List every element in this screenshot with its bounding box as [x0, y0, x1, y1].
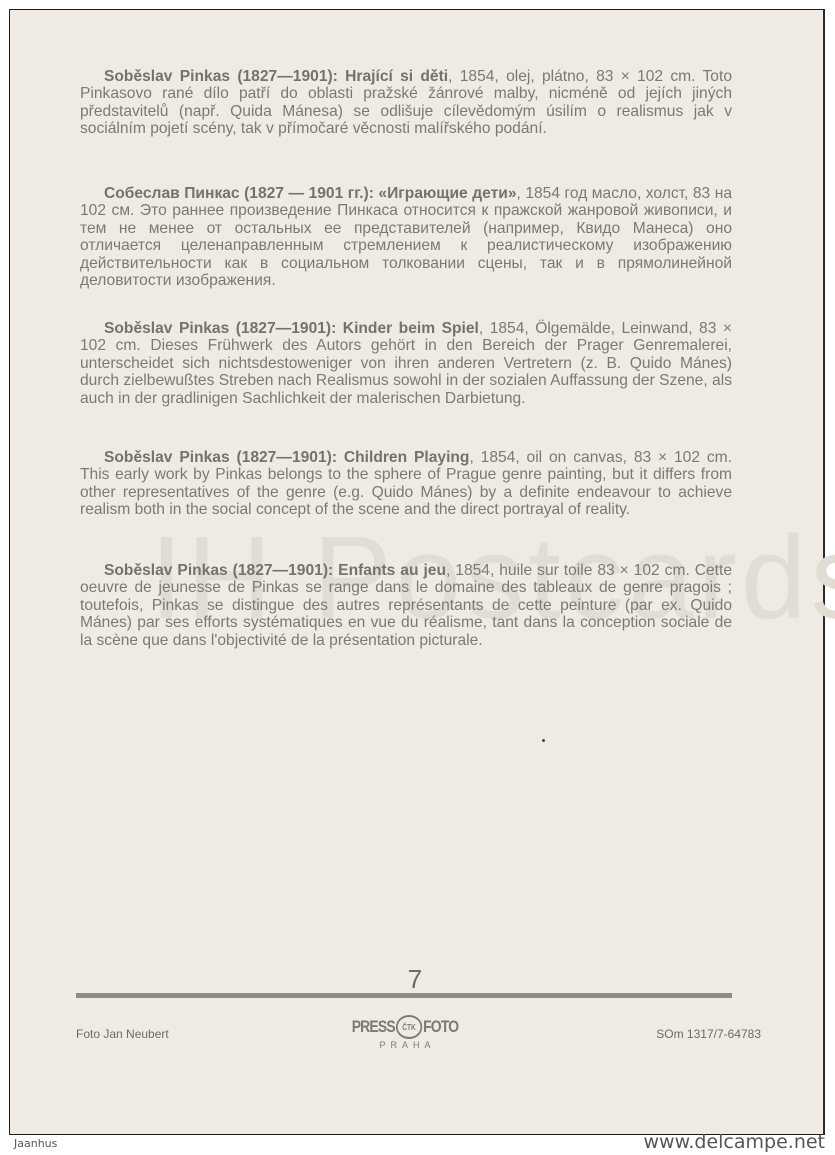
logo-wordmark: PRESS ČTK FOTO	[352, 1015, 459, 1039]
description-czech: Soběslav Pinkas (1827—1901): Hrající si …	[80, 68, 732, 138]
description-german: Soběslav Pinkas (1827—1901): Kinder beim…	[80, 320, 732, 407]
site-watermark: www.delcampe.net	[643, 1131, 825, 1153]
description-french: Soběslav Pinkas (1827—1901): Enfants au …	[80, 562, 732, 649]
uploader-name: Jaanhus	[14, 1137, 57, 1150]
photo-credit: Foto Jan Neubert	[76, 1027, 169, 1041]
title-german: Soběslav Pinkas (1827—1901): Kinder beim…	[104, 320, 479, 337]
description-russian: Собеслав Пинкас (1827 — 1901 гг.): «Игра…	[80, 185, 732, 289]
pressfoto-logo: PRESS ČTK FOTO PRAHA	[340, 1015, 470, 1050]
print-speck	[542, 739, 545, 742]
divider-rule	[76, 993, 732, 998]
logo-right: FOTO	[423, 1017, 458, 1037]
logo-left: PRESS	[352, 1017, 395, 1037]
description-english: Soběslav Pinkas (1827—1901): Children Pl…	[80, 449, 732, 519]
title-russian: Собеслав Пинкас (1827 — 1901 гг.): «Игра…	[104, 185, 517, 202]
globe-icon: ČTK	[396, 1015, 423, 1039]
logo-center: ČTK	[402, 1023, 415, 1032]
title-french: Soběslav Pinkas (1827—1901): Enfants au …	[104, 562, 446, 579]
title-english: Soběslav Pinkas (1827—1901): Children Pl…	[104, 449, 469, 466]
logo-city: PRAHA	[340, 1040, 470, 1050]
page-number: 7	[395, 964, 435, 995]
catalog-number: SOm 1317/7-64783	[656, 1027, 761, 1041]
title-czech: Soběslav Pinkas (1827—1901): Hrající si …	[104, 68, 448, 85]
